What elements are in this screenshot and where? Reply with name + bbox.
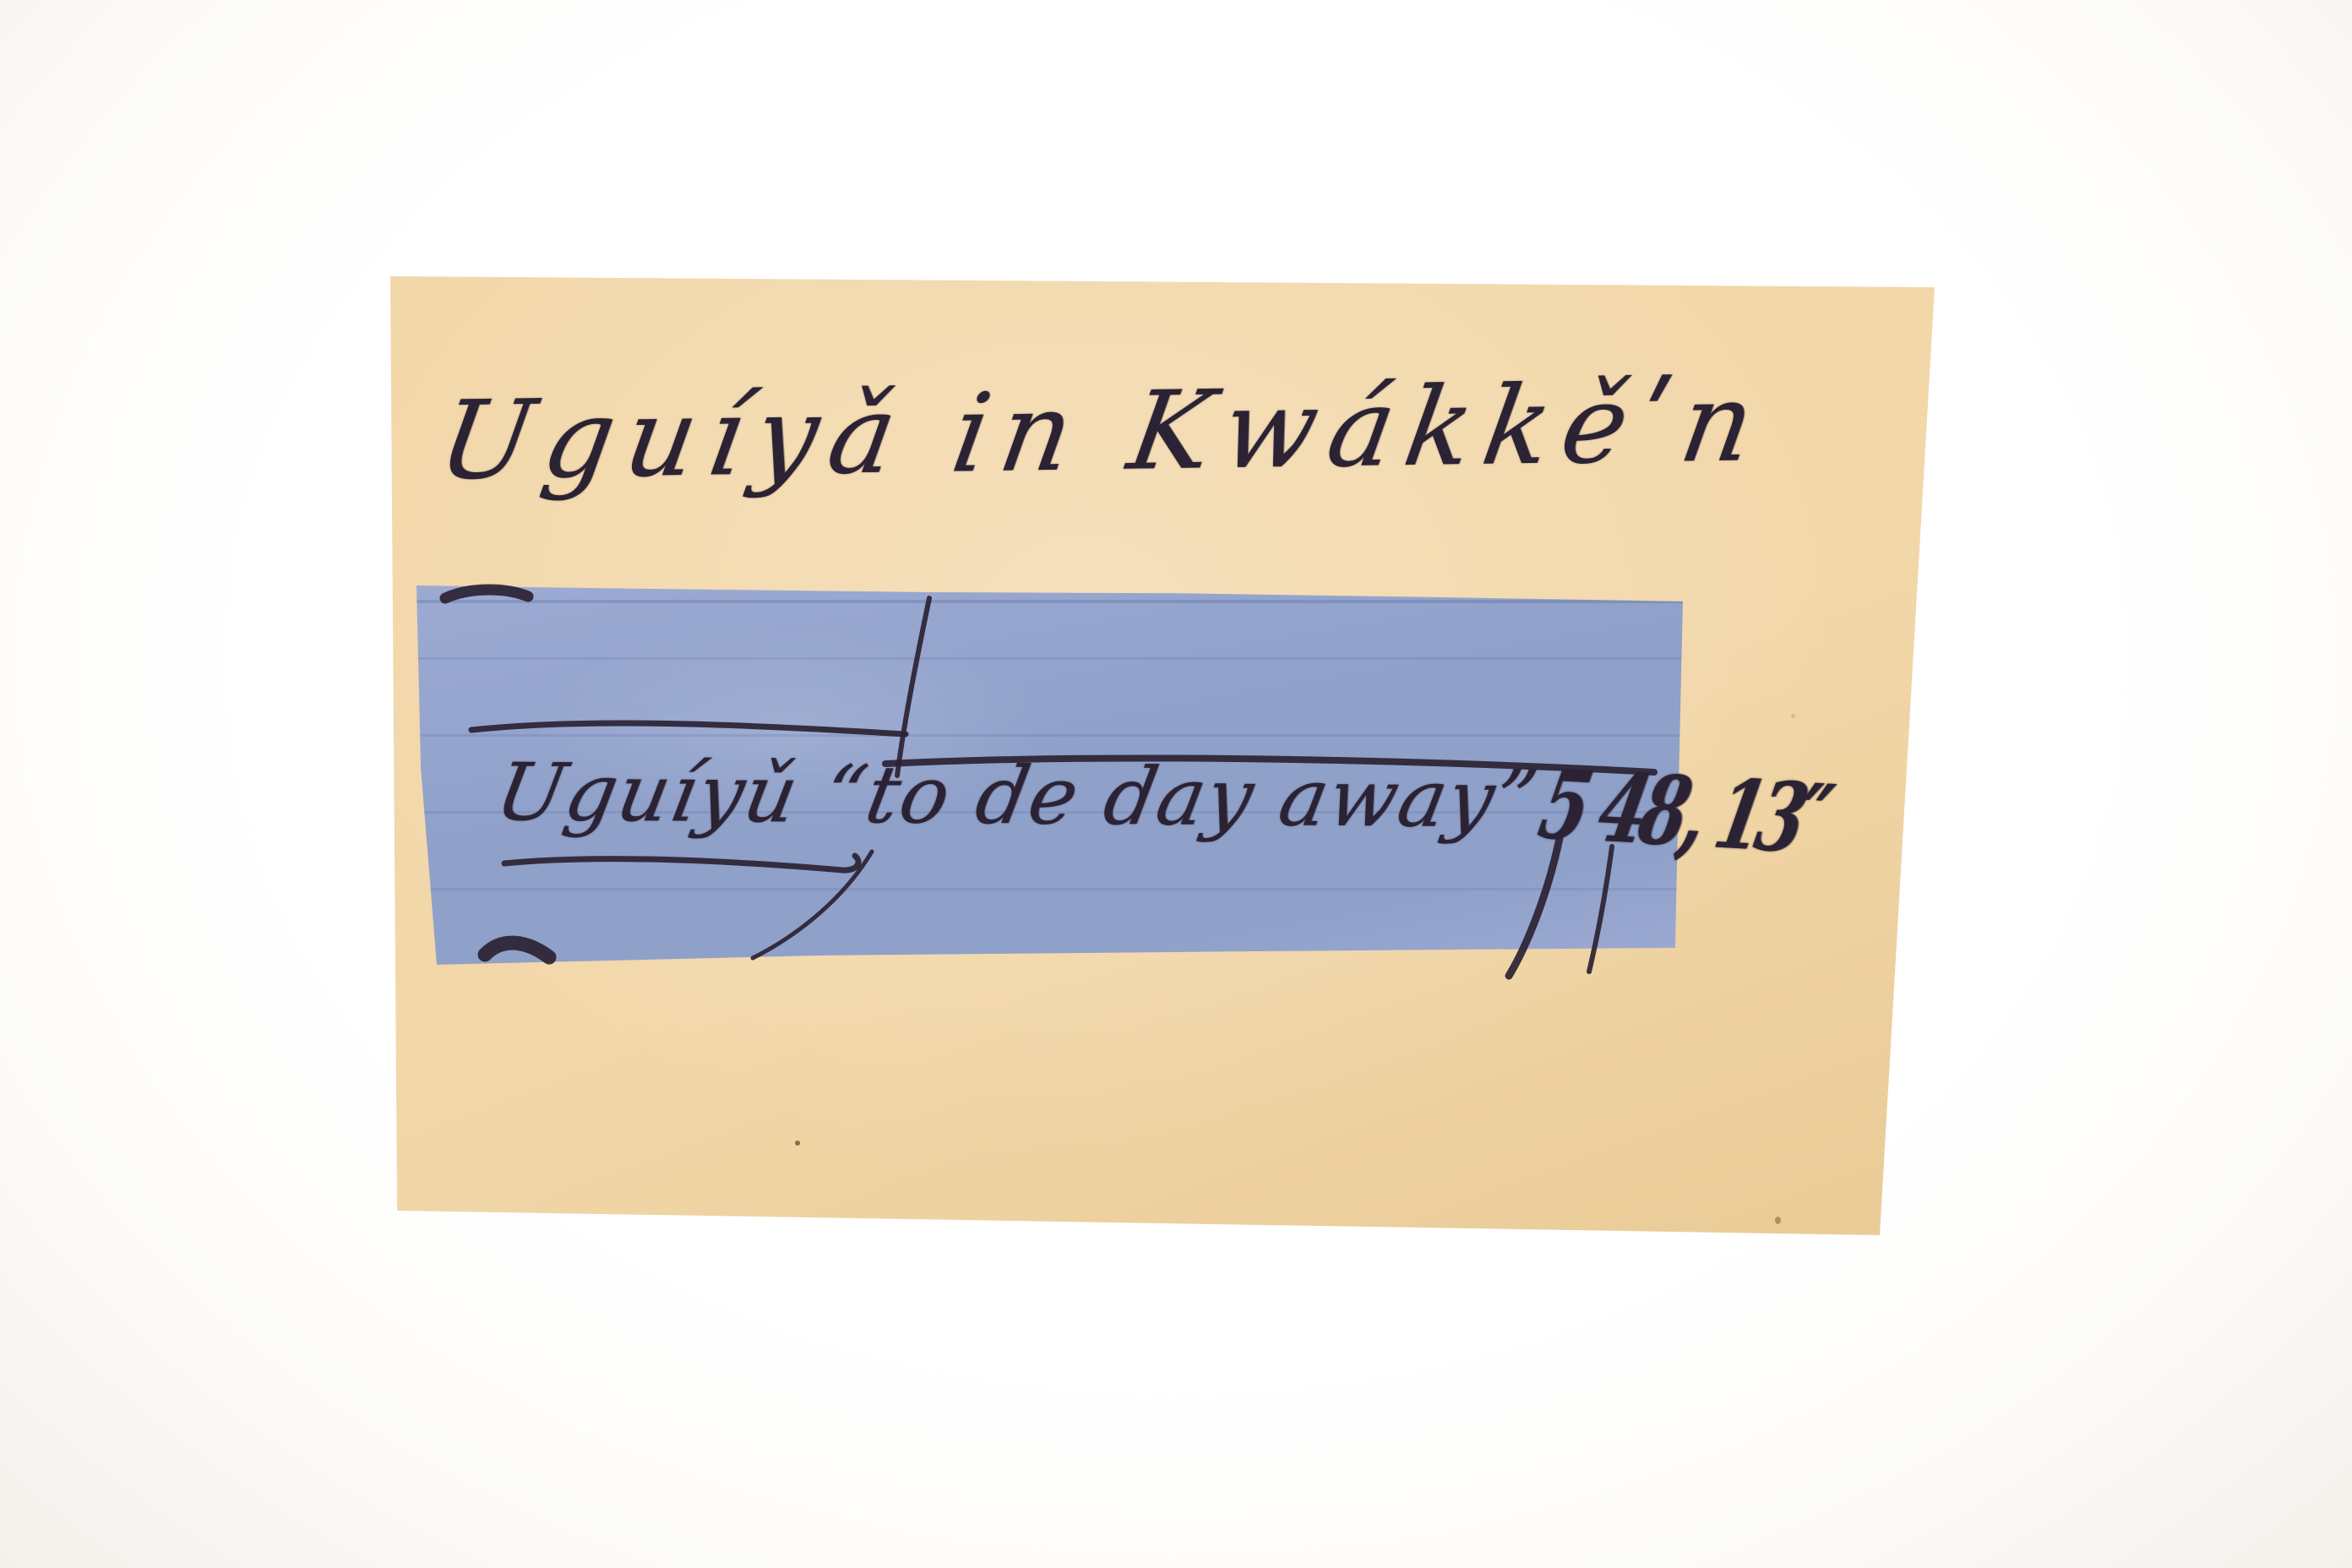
handwriting-line-2-words: Uguíyǔ “to de day away”: [489, 747, 1545, 846]
paper-speck: [795, 1141, 800, 1146]
paper-speck: [1791, 714, 1795, 718]
handwriting-line-2-numbers: 5 48, 13″: [1531, 749, 1835, 875]
handwriting-line-2: Uguíyǔ “to de day away”5 48, 13″: [487, 742, 1946, 863]
paper-speck: [1775, 1217, 1781, 1224]
handwriting-line-1: Uguíyǎ in Kwákkěʹn: [431, 360, 1775, 504]
photo-backdrop: Uguíyǎ in Kwákkěʹn Uguíyǔ “to de day awa…: [0, 0, 2352, 1568]
